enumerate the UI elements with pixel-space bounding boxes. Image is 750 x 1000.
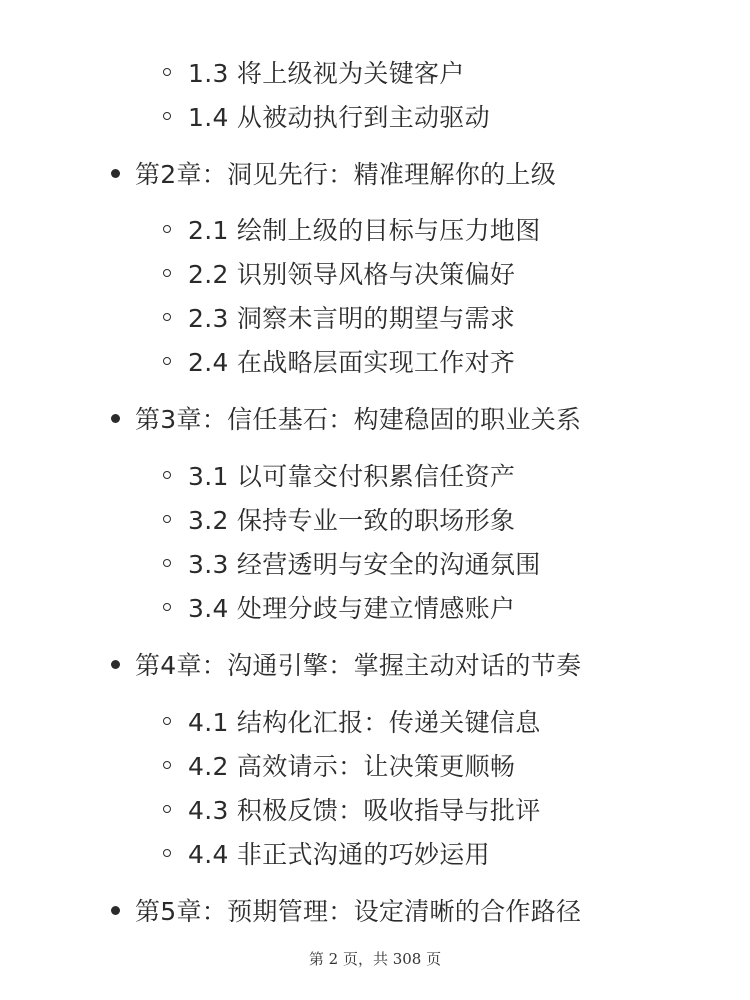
filled-circle-bullet-icon bbox=[111, 169, 120, 178]
toc-section-label: 4.2 高效请示：让决策更顺畅 bbox=[188, 747, 515, 783]
toc-chapter-label: 第5章：预期管理：设定清晰的合作路径 bbox=[135, 892, 581, 928]
hollow-circle-bullet-icon bbox=[163, 225, 171, 233]
hollow-circle-bullet-icon bbox=[163, 761, 171, 769]
filled-circle-bullet-icon bbox=[111, 660, 120, 669]
toc-section-label: 4.1 结构化汇报：传递关键信息 bbox=[188, 703, 541, 739]
toc-section-label: 2.4 在战略层面实现工作对齐 bbox=[188, 343, 515, 379]
toc-section-label: 3.1 以可靠交付积累信任资产 bbox=[188, 457, 515, 493]
toc-section-label: 4.4 非正式沟通的巧妙运用 bbox=[188, 835, 490, 871]
toc-section-label: 1.3 将上级视为关键客户 bbox=[188, 54, 465, 90]
toc-section-label: 2.2 识别领导风格与决策偏好 bbox=[188, 255, 515, 291]
hollow-circle-bullet-icon bbox=[163, 849, 171, 857]
hollow-circle-bullet-icon bbox=[163, 269, 171, 277]
hollow-circle-bullet-icon bbox=[163, 68, 171, 76]
toc-section-label: 4.3 积极反馈：吸收指导与批评 bbox=[188, 791, 541, 827]
hollow-circle-bullet-icon bbox=[163, 471, 171, 479]
hollow-circle-bullet-icon bbox=[163, 515, 171, 523]
toc-chapter-label: 第2章：洞见先行：精准理解你的上级 bbox=[135, 155, 556, 191]
hollow-circle-bullet-icon bbox=[163, 559, 171, 567]
page-number-footer: 第 2 页，共 308 页 bbox=[0, 948, 750, 969]
toc-section-label: 1.4 从被动执行到主动驱动 bbox=[188, 98, 490, 134]
toc-section-label: 2.1 绘制上级的目标与压力地图 bbox=[188, 211, 541, 247]
hollow-circle-bullet-icon bbox=[163, 313, 171, 321]
toc-chapter-label: 第3章：信任基石：构建稳固的职业关系 bbox=[135, 400, 581, 436]
filled-circle-bullet-icon bbox=[111, 414, 120, 423]
hollow-circle-bullet-icon bbox=[163, 357, 171, 365]
toc-section-label: 3.2 保持专业一致的职场形象 bbox=[188, 501, 515, 537]
filled-circle-bullet-icon bbox=[111, 906, 120, 915]
hollow-circle-bullet-icon bbox=[163, 112, 171, 120]
toc-chapter-label: 第4章：沟通引擎：掌握主动对话的节奏 bbox=[135, 646, 581, 682]
toc-section-label: 2.3 洞察未言明的期望与需求 bbox=[188, 299, 515, 335]
hollow-circle-bullet-icon bbox=[163, 805, 171, 813]
hollow-circle-bullet-icon bbox=[163, 717, 171, 725]
toc-section-label: 3.4 处理分歧与建立情感账户 bbox=[188, 589, 515, 625]
toc-section-label: 3.3 经营透明与安全的沟通氛围 bbox=[188, 545, 541, 581]
hollow-circle-bullet-icon bbox=[163, 603, 171, 611]
